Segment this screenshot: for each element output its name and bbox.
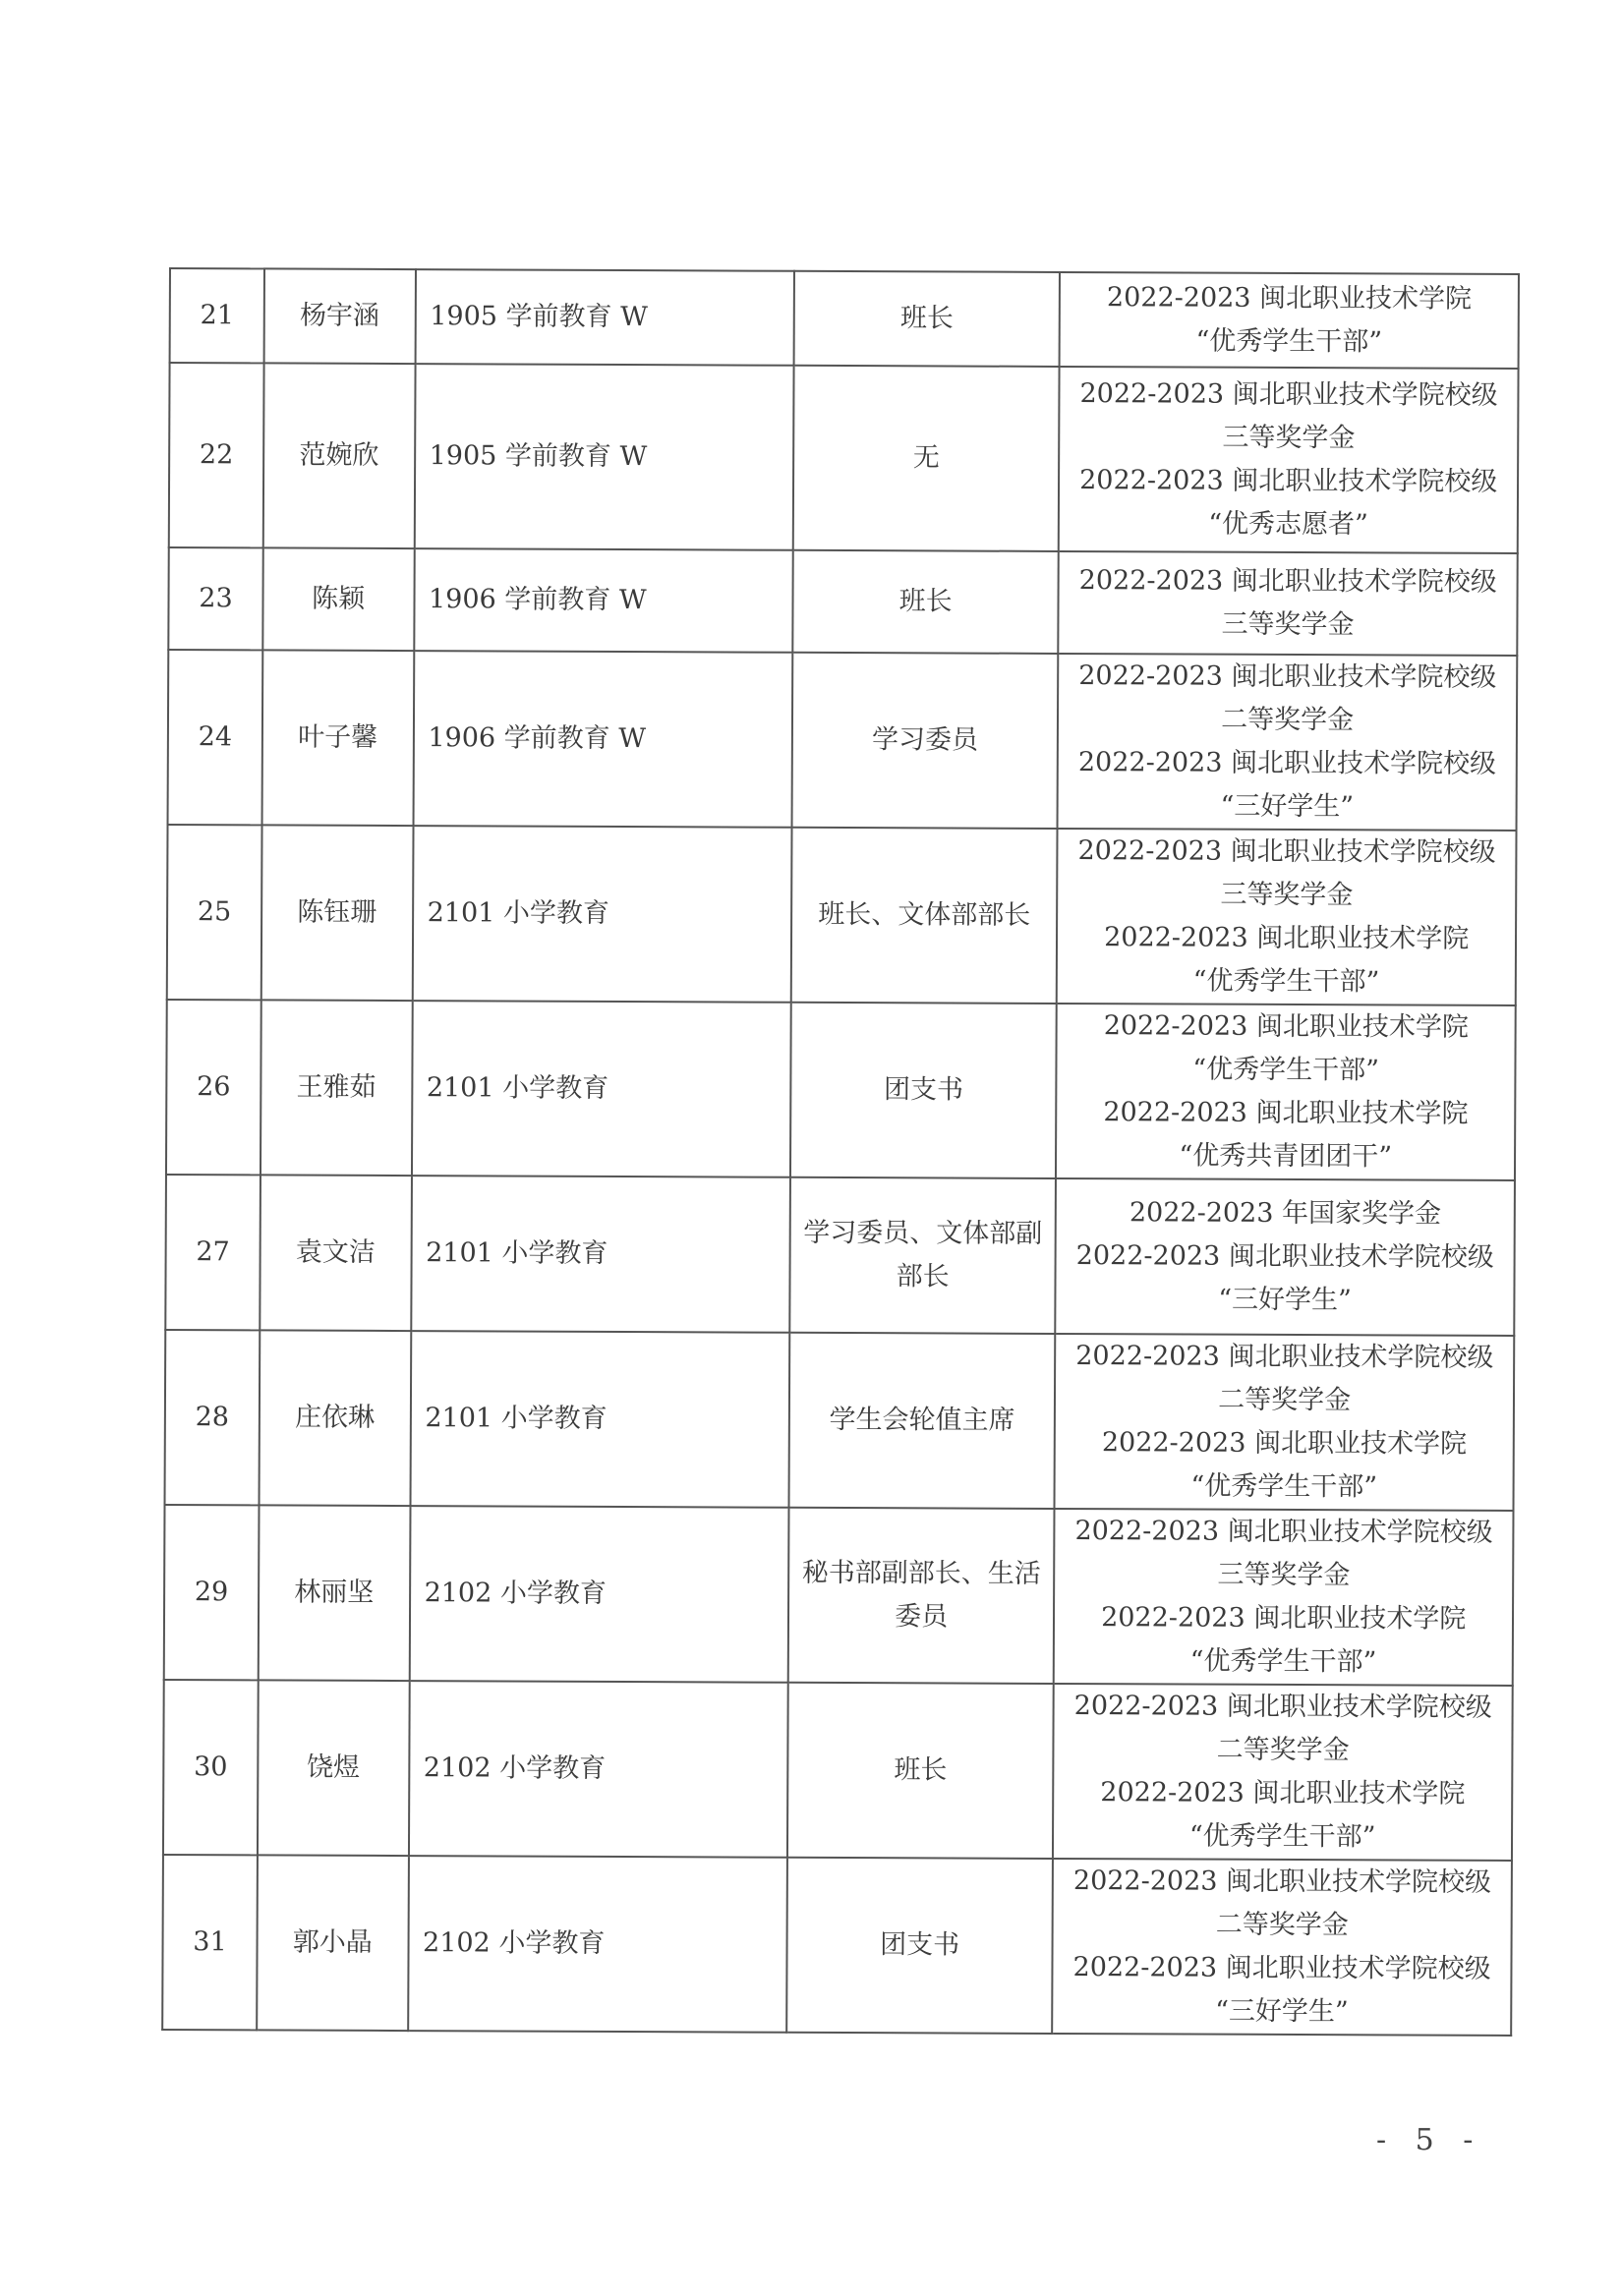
cell-awards: 2022-2023 闽北职业技术学院“优秀学生干部” (1060, 272, 1519, 369)
table-body: 21 杨宇涵 1905 学前教育 W 班长 2022-2023 闽北职业技术学院… (162, 268, 1519, 2036)
cell-position: 无 (793, 366, 1060, 551)
cell-position: 班长 (787, 1683, 1054, 1859)
cell-position: 班长、文体部部长 (791, 828, 1058, 1004)
cell-position: 秘书部副部长、生活委员 (788, 1508, 1055, 1684)
award-line: 2022-2023 闽北职业技术学院 (1054, 1771, 1511, 1816)
cell-student-name: 林丽坚 (259, 1505, 410, 1681)
position-text: 学习委员、文体部副部长 (800, 1212, 1046, 1299)
cell-awards: 2022-2023 年国家奖学金2022-2023 闽北职业技术学院校级“三好学… (1056, 1178, 1515, 1336)
award-line: 三等奖学金 (1060, 603, 1517, 648)
cell-awards: 2022-2023 闽北职业技术学院“优秀学生干部”2022-2023 闽北职业… (1056, 1004, 1515, 1180)
cell-student-name: 叶子馨 (261, 650, 413, 826)
cell-number: 21 (170, 268, 264, 363)
student-awards-table: 21 杨宇涵 1905 学前教育 W 班长 2022-2023 闽北职业技术学院… (161, 267, 1520, 2037)
award-line: 2022-2023 闽北职业技术学院校级 (1060, 559, 1517, 604)
cell-number: 27 (165, 1175, 261, 1330)
award-line: “三好学生” (1059, 784, 1516, 830)
cell-number: 25 (167, 825, 262, 1000)
cell-class: 2102 小学教育 (408, 1681, 787, 1858)
award-line: 三等奖学金 (1055, 1553, 1512, 1598)
table-row: 30 饶煜 2102 小学教育 班长 2022-2023 闽北职业技术学院校级二… (163, 1680, 1513, 1861)
award-line: “优秀学生干部” (1058, 1048, 1515, 1093)
table-row: 22 范婉欣 1905 学前教育 W 无 2022-2023 闽北职业技术学院校… (169, 363, 1519, 553)
cell-awards: 2022-2023 闽北职业技术学院校级二等奖学金2022-2023 闽北职业技… (1058, 654, 1517, 831)
cell-position: 班长 (792, 550, 1059, 654)
table-row: 21 杨宇涵 1905 学前教育 W 班长 2022-2023 闽北职业技术学院… (170, 268, 1519, 369)
award-line: 2022-2023 闽北职业技术学院 (1061, 276, 1518, 321)
cell-class: 2101 小学教育 (412, 826, 791, 1003)
cell-class: 2101 小学教育 (411, 1176, 790, 1333)
award-line: “优秀学生干部” (1054, 1814, 1511, 1860)
award-line: 2022-2023 闽北职业技术学院 (1058, 916, 1515, 961)
table-row: 29 林丽坚 2102 小学教育 秘书部副部长、生活委员 2022-2023 闽… (164, 1505, 1514, 1686)
cell-student-name: 郭小晶 (257, 1855, 408, 2031)
award-line: 2022-2023 闽北职业技术学院校级 (1054, 1860, 1511, 1905)
table-row: 26 王雅茹 2101 小学教育 团支书 2022-2023 闽北职业技术学院“… (166, 1000, 1516, 1180)
award-line: “三好学生” (1057, 1278, 1514, 1323)
position-text: 无 (913, 436, 940, 480)
cell-class: 2101 小学教育 (410, 1331, 789, 1508)
cell-student-name: 王雅茹 (261, 1000, 412, 1176)
award-line: “优秀志愿者” (1060, 502, 1517, 547)
cell-class: 1905 学前教育 W (414, 364, 793, 550)
award-line: 2022-2023 闽北职业技术学院 (1055, 1596, 1512, 1641)
position-text: 学习委员 (872, 718, 978, 762)
cell-awards: 2022-2023 闽北职业技术学院校级三等奖学金2022-2023 闽北职业技… (1057, 829, 1516, 1005)
cell-position: 学生会轮值主席 (788, 1333, 1055, 1509)
award-line: 二等奖学金 (1056, 1378, 1513, 1423)
award-line: 2022-2023 闽北职业技术学院 (1058, 1091, 1515, 1136)
cell-number: 28 (165, 1330, 261, 1505)
position-text: 班长 (899, 580, 953, 623)
table-row: 23 陈颖 1906 学前教育 W 班长 2022-2023 闽北职业技术学院校… (168, 547, 1517, 656)
award-line: 二等奖学金 (1059, 698, 1516, 743)
award-line: 三等奖学金 (1061, 416, 1518, 461)
award-line: 2022-2023 闽北职业技术学院校级 (1060, 459, 1517, 504)
cell-position: 班长 (793, 271, 1060, 367)
cell-awards: 2022-2023 闽北职业技术学院校级二等奖学金2022-2023 闽北职业技… (1053, 1684, 1512, 1861)
cell-number: 29 (164, 1505, 260, 1680)
cell-class: 1906 学前教育 W (413, 651, 792, 828)
award-line: “优秀学生干部” (1056, 1464, 1513, 1510)
cell-student-name: 范婉欣 (263, 363, 415, 548)
award-line: 2022-2023 闽北职业技术学院校级 (1057, 1234, 1514, 1280)
award-line: 2022-2023 闽北职业技术学院校级 (1054, 1946, 1511, 1991)
document-page: 21 杨宇涵 1905 学前教育 W 班长 2022-2023 闽北职业技术学院… (0, 0, 1622, 2296)
award-line: 二等奖学金 (1055, 1728, 1512, 1773)
cell-student-name: 饶煜 (258, 1680, 409, 1856)
cell-class: 1906 学前教育 W (414, 548, 793, 653)
position-text: 班长 (894, 1749, 947, 1792)
position-text: 学生会轮值主席 (829, 1399, 1014, 1443)
cell-awards: 2022-2023 闽北职业技术学院校级三等奖学金2022-2023 闽北职业技… (1059, 367, 1518, 553)
award-line: 2022-2023 闽北职业技术学院校级 (1059, 655, 1516, 700)
cell-number: 26 (166, 1000, 261, 1175)
cell-student-name: 袁文洁 (260, 1175, 411, 1331)
award-line: “三好学生” (1054, 1989, 1511, 2035)
cell-number: 31 (162, 1855, 258, 2030)
cell-position: 学习委员 (791, 653, 1058, 829)
position-text: 团支书 (884, 1068, 963, 1112)
cell-class: 2101 小学教育 (411, 1001, 790, 1177)
cell-number: 22 (169, 363, 264, 547)
award-line: 2022-2023 闽北职业技术学院 (1058, 1004, 1515, 1050)
position-text: 班长、文体部部长 (818, 893, 1030, 938)
cell-awards: 2022-2023 闽北职业技术学院校级三等奖学金 (1059, 551, 1518, 656)
cell-student-name: 杨宇涵 (263, 268, 415, 364)
cell-awards: 2022-2023 闽北职业技术学院校级二等奖学金2022-2023 闽北职业技… (1053, 1859, 1512, 2036)
cell-number: 30 (163, 1680, 259, 1855)
award-line: 三等奖学金 (1058, 873, 1515, 918)
award-line: 2022-2023 闽北职业技术学院校级 (1055, 1685, 1512, 1730)
cell-awards: 2022-2023 闽北职业技术学院校级二等奖学金2022-2023 闽北职业技… (1055, 1334, 1514, 1511)
table-row: 25 陈钰珊 2101 小学教育 班长、文体部部长 2022-2023 闽北职业… (167, 825, 1517, 1005)
cell-class: 2102 小学教育 (409, 1506, 788, 1683)
award-line: 2022-2023 闽北职业技术学院校级 (1059, 830, 1516, 875)
award-line: “优秀学生干部” (1055, 1639, 1512, 1685)
award-line: “优秀学生干部” (1058, 959, 1515, 1004)
cell-position: 团支书 (786, 1858, 1053, 2034)
award-line: 2022-2023 年国家奖学金 (1057, 1191, 1514, 1236)
table-row: 24 叶子馨 1906 学前教育 W 学习委员 2022-2023 闽北职业技术… (168, 650, 1518, 831)
cell-number: 23 (168, 547, 262, 650)
award-line: 2022-2023 闽北职业技术学院校级 (1056, 1335, 1513, 1380)
award-line: “优秀共青团团干” (1057, 1134, 1514, 1179)
cell-awards: 2022-2023 闽北职业技术学院校级三等奖学金2022-2023 闽北职业技… (1054, 1509, 1513, 1686)
position-text: 班长 (900, 297, 954, 340)
table-row: 31 郭小晶 2102 小学教育 团支书 2022-2023 闽北职业技术学院校… (162, 1855, 1512, 2036)
position-text: 团支书 (880, 1923, 959, 1967)
award-line: “优秀学生干部” (1061, 319, 1518, 365)
cell-student-name: 陈钰珊 (261, 825, 413, 1001)
award-line: 二等奖学金 (1054, 1903, 1511, 1948)
cell-number: 24 (168, 650, 263, 825)
award-line: 2022-2023 闽北职业技术学院校级 (1059, 741, 1516, 786)
page-number: - 5 - (1376, 2123, 1482, 2157)
award-line: 2022-2023 闽北职业技术学院校级 (1056, 1510, 1513, 1555)
cell-class: 2102 小学教育 (408, 1856, 787, 2033)
cell-student-name: 庄依琳 (259, 1330, 410, 1506)
cell-student-name: 陈颖 (262, 547, 414, 651)
table-row: 28 庄依琳 2101 小学教育 学生会轮值主席 2022-2023 闽北职业技… (165, 1330, 1515, 1511)
table-row: 27 袁文洁 2101 小学教育 学习委员、文体部副部长 2022-2023 年… (165, 1175, 1515, 1336)
position-text: 秘书部副部长、生活委员 (798, 1552, 1044, 1639)
cell-position: 学习委员、文体部副部长 (789, 1177, 1056, 1334)
cell-class: 1905 学前教育 W (415, 269, 794, 366)
cell-position: 团支书 (790, 1003, 1057, 1178)
award-line: 2022-2023 闽北职业技术学院校级 (1061, 373, 1518, 418)
award-line: 2022-2023 闽北职业技术学院 (1056, 1421, 1513, 1466)
